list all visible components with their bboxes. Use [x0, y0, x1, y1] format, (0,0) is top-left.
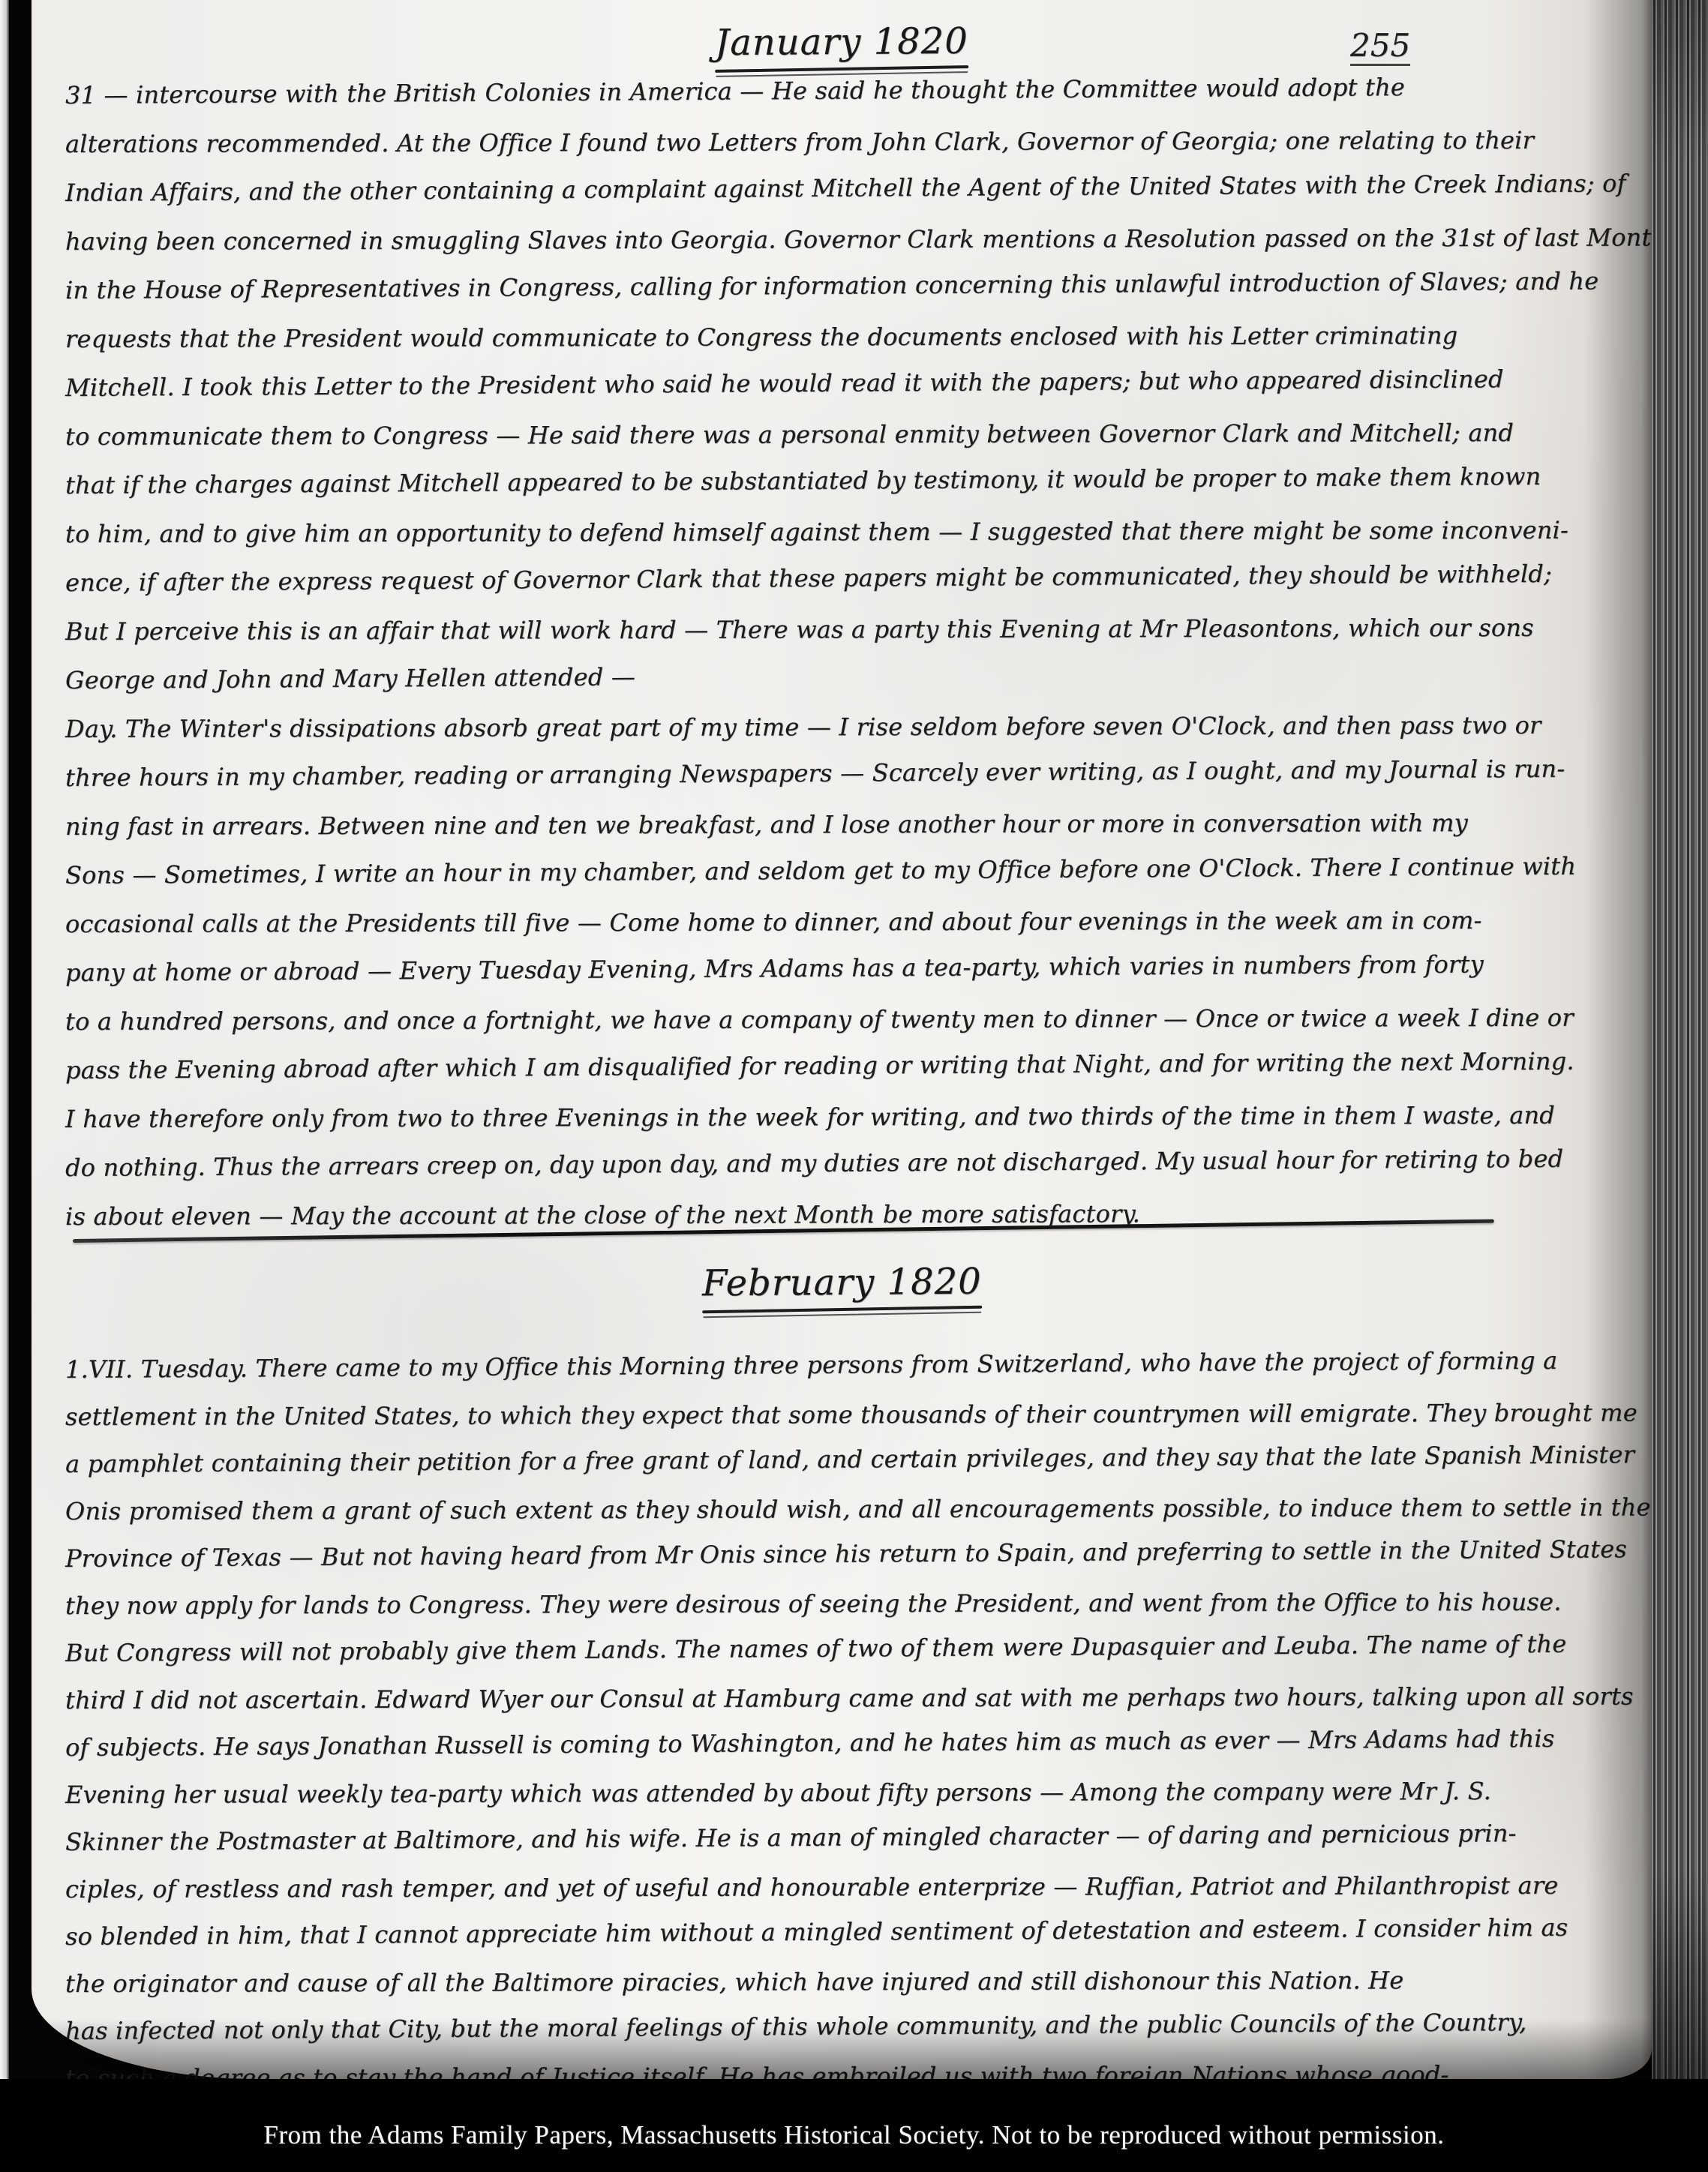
book-fore-edge [1652, 0, 1708, 2079]
manuscript-line: in the House of Representatives in Congr… [65, 256, 1633, 315]
manuscript-line: pany at home or abroad — Every Tuesday E… [65, 939, 1633, 997]
month-header-february: February 1820 [701, 1261, 981, 1312]
page-bottom-shadow [32, 2019, 1652, 2079]
manuscript-line: 31 — intercourse with the British Coloni… [65, 61, 1633, 120]
january-entry-text: 31 — intercourse with the British Coloni… [65, 71, 1633, 1241]
manuscript-line: three hours in my chamber, reading or ar… [65, 744, 1633, 802]
manuscript-line: Sons — Sometimes, I write an hour in my … [65, 841, 1633, 900]
manuscript-line: of subjects. He says Jonathan Russell is… [65, 1714, 1633, 1771]
manuscript-line: is about eleven — May the account at the… [65, 1189, 1633, 1241]
month-header-january: January 1820 [715, 20, 968, 71]
manuscript-line: But Congress will not probably give them… [65, 1620, 1633, 1677]
manuscript-line: pass the Evening abroad after which I am… [65, 1036, 1633, 1095]
manuscript-line: Province of Texas — But not having heard… [65, 1525, 1633, 1582]
manuscript-line: that if the charges against Mitchell app… [65, 451, 1633, 510]
manuscript-page: January 1820 255 31 — intercourse with t… [32, 0, 1652, 2079]
manuscript-line: 1.VII. Tuesday. There came to my Office … [65, 1336, 1633, 1393]
page-number: 255 [1350, 27, 1410, 66]
manuscript-line: Indian Affairs, and the other containing… [65, 159, 1633, 217]
manuscript-line: ence, if after the express request of Go… [65, 549, 1633, 607]
february-header-row: February 1820 [32, 1261, 1652, 1311]
manuscript-line: Mitchell. I took this Letter to the Pres… [65, 354, 1633, 412]
february-entry-text: 1.VII. Tuesday. There came to my Office … [65, 1346, 1633, 2102]
footer-band: From the Adams Family Papers, Massachuse… [0, 2079, 1708, 2172]
scan-left-edge [0, 0, 9, 2079]
manuscript-line: a pamphlet containing their petition for… [65, 1431, 1633, 1488]
scanned-diary-page-view: January 1820 255 31 — intercourse with t… [0, 0, 1708, 2172]
manuscript-line: so blended in him, that I cannot appreci… [65, 1903, 1633, 1960]
manuscript-line: George and John and Mary Hellen attended… [65, 646, 1633, 705]
manuscript-line: do nothing. Thus the arrears creep on, d… [65, 1134, 1633, 1192]
archive-attribution: From the Adams Family Papers, Massachuse… [264, 2120, 1445, 2150]
manuscript-line: Skinner the Postmaster at Baltimore, and… [65, 1809, 1633, 1866]
